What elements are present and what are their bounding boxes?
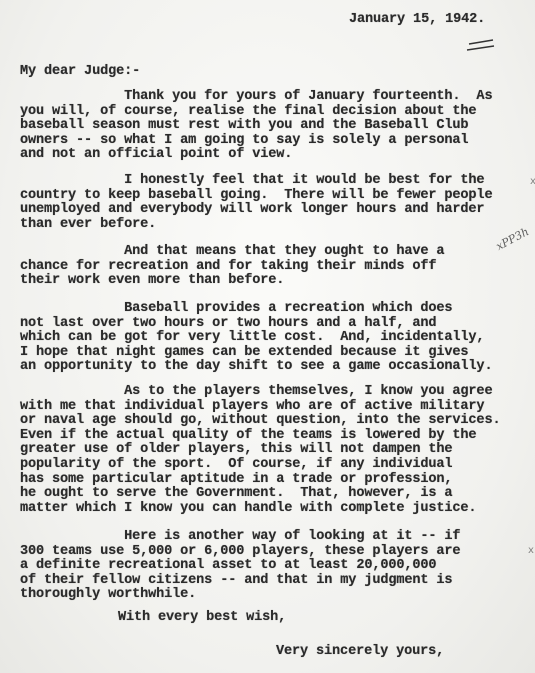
paragraph-line: Thank you for yours of January fourteent… [20,90,492,105]
paragraph-line: thoroughly worthwhile. [20,588,460,603]
paragraph-line: which can be got for very little cost. A… [20,331,492,346]
paragraph-line: Here is another way of looking at it -- … [20,530,460,545]
paragraph-6: Here is another way of looking at it -- … [20,530,460,603]
paragraph-4: Baseball provides a recreation which doe… [20,302,492,375]
paragraph-line: a definite recreational asset to at leas… [20,559,460,574]
paragraph-line: And that means that they ought to have a [20,245,444,260]
paragraph-line: greater use of older players, this will … [20,443,500,458]
paragraph-line: their work even more than before. [20,274,444,289]
handwritten-margin-note: xPP3h [494,225,531,253]
paragraph-line: Even if the actual quality of the teams … [20,429,500,444]
paragraph-line: you will, of course, realise the final d… [20,105,492,120]
paragraph-line: I honestly feel that it would be best fo… [20,174,492,189]
salutation: My dear Judge:- [20,64,140,79]
paragraph-line: and not an official point of view. [20,148,492,163]
paragraph-line: owners -- so what I am going to say is s… [20,134,492,149]
paragraph-line: not last over two hours or two hours and… [20,317,492,332]
paragraph-line: chance for recreation and for taking the… [20,260,444,275]
paragraph-line: of their fellow citizens -- and that in … [20,574,460,589]
paragraph-line: an opportunity to the day shift to see a… [20,360,492,375]
paragraph-line: or naval age should go, without question… [20,414,500,429]
paragraph-1: Thank you for yours of January fourteent… [20,90,492,163]
paragraph-5: As to the players themselves, I know you… [20,385,500,516]
paragraph-line: country to keep baseball going. There wi… [20,189,492,204]
paragraph-line: I hope that night games can be extended … [20,346,492,361]
closing-line: With every best wish, [118,610,286,625]
paragraph-line: unemployed and everybody will work longe… [20,203,492,218]
paragraph-line: has some particular aptitude in a trade … [20,473,500,488]
paragraph-line: matter which I know you can handle with … [20,502,500,517]
paragraph-line: popularity of the sport. Of course, if a… [20,458,500,473]
paragraph-line: baseball season must rest with you and t… [20,119,492,134]
letter-date: January 15, 1942. [349,12,485,27]
margin-tick-mark: x [530,176,535,187]
letter-page: January 15, 1942. My dear Judge:- Thank … [0,0,535,673]
paragraph-3: And that means that they ought to have a… [20,245,444,289]
paragraph-line: 300 teams use 5,000 or 6,000 players, th… [20,545,460,560]
paragraph-2: I honestly feel that it would be best fo… [20,174,492,232]
double-underline-mark-icon [466,38,496,52]
paragraph-line: than ever before. [20,218,492,233]
paragraph-line: As to the players themselves, I know you… [20,385,500,400]
margin-tick-mark: x [528,545,534,556]
paragraph-line: with me that individual players who are … [20,400,500,415]
signoff-line: Very sincerely yours, [276,644,444,659]
paragraph-line: he ought to serve the Government. That, … [20,487,500,502]
paragraph-line: Baseball provides a recreation which doe… [20,302,492,317]
